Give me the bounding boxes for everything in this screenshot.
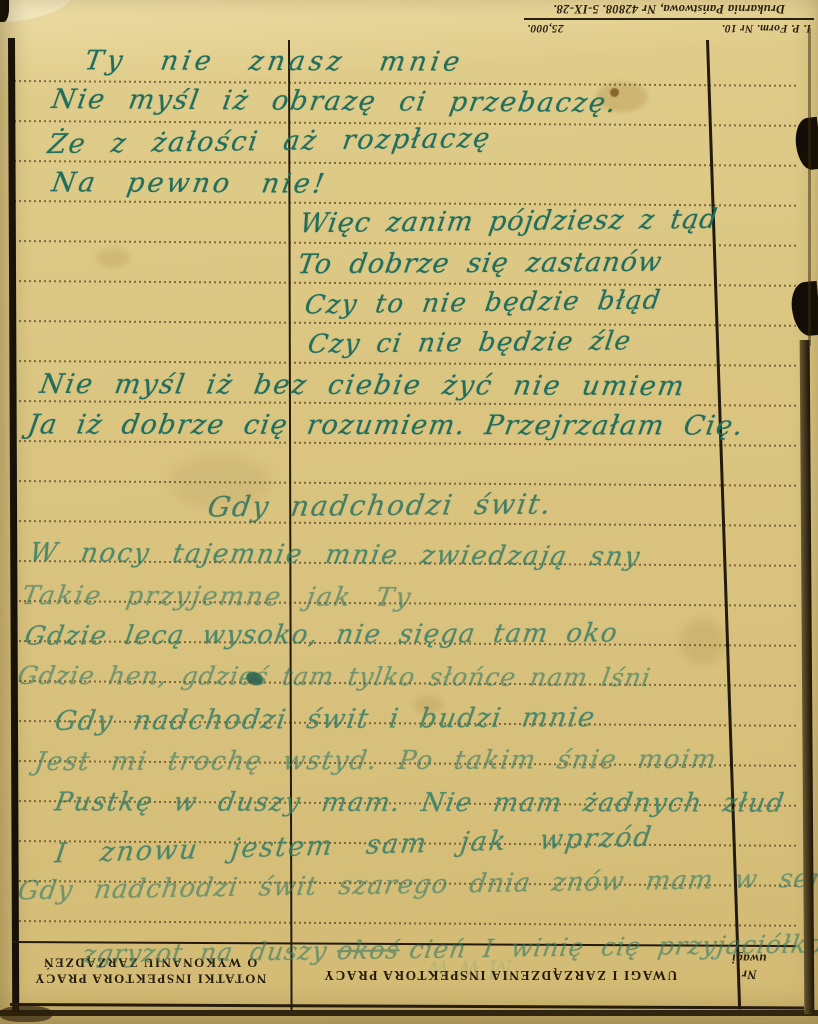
footer-bottom-border <box>10 1003 804 1009</box>
torn-edge-mark <box>793 117 818 172</box>
ruled-dotted-line <box>14 320 796 327</box>
handwriting-line: Że z żałości aż rozpłaczę <box>46 125 493 158</box>
form-number-row: I. P. Form. Nr 10. 25,000. <box>524 20 814 35</box>
struck-word: okoś <box>335 935 401 965</box>
last-line-after: cień I winię cię przyjaciółko <box>407 929 818 964</box>
handwriting-line: Jest mi trochę wstyd. Po takim śnie moim <box>33 747 719 775</box>
printed-form-imprint: I. P. Form. Nr 10. 25,000. Drukarnia Pań… <box>524 1 814 35</box>
scanned-notebook-page: I. P. Form. Nr 10. 25,000. Drukarnia Pań… <box>0 0 818 1024</box>
handwriting-line: Ty nie znasz mnie <box>83 47 466 75</box>
left-table-border <box>8 38 19 1012</box>
ruled-dotted-line <box>14 280 796 287</box>
handwriting-song-title: Gdy nadchodzi świt. <box>206 490 554 521</box>
bottom-left-smudge <box>0 1006 52 1022</box>
handwriting-line: Gdy nadchodzi świt i budzi mnie <box>53 704 598 735</box>
ruled-dotted-line <box>14 480 796 487</box>
handwriting-line: Gdy nadchodzi świt szarego dnia znów mam… <box>16 866 818 905</box>
ruled-dotted-line <box>14 160 796 167</box>
ruled-dotted-line <box>14 240 796 247</box>
handwriting-line: Nie myśl iż bez ciebie żyć nie umiem <box>38 371 688 400</box>
handwriting-line: Pustkę w duszy mam. Nie mam żadnych złud <box>53 789 787 816</box>
form-number-label: I. P. Form. Nr 10. <box>721 22 811 34</box>
last-line-before: zgryzot na duszy <box>81 936 330 968</box>
handwriting-line: Nie myśl iż obrazę ci przebaczę. <box>50 86 620 117</box>
handwriting-line-with-strikethrough: zgryzot na duszyokoścień I winię cię prz… <box>10 906 818 992</box>
paper-stain <box>680 620 726 664</box>
imprint-divider <box>524 18 814 20</box>
handwriting-line: Takie przyjemne jak Ty <box>20 583 414 611</box>
handwriting-line: To dobrze się zastanów <box>296 249 664 279</box>
handwriting-line: I znowu jestem sam jak wprzód <box>53 824 654 868</box>
handwriting-line: Na pewno nie! <box>50 169 329 197</box>
scanner-corner-sliver <box>0 0 74 27</box>
handwriting-line: Ja iż dobrze cię rozumiem. Przejrzałam C… <box>26 411 746 439</box>
ruled-dotted-line <box>14 360 796 367</box>
printer-imprint-label: Drukarnia Państwowa, Nr 42808. 5-IX-28. <box>524 1 814 18</box>
handwriting-line: W nocy tajemnie mnie zwiedzają sny <box>28 540 643 570</box>
paper-stain <box>96 248 130 268</box>
torn-edge-mark <box>790 281 818 337</box>
handwriting-line: Czy ci nie będzie źle <box>306 328 633 357</box>
handwriting-line: Gdzie lecą wysoko, nie sięga tam oko <box>23 620 620 649</box>
handwriting-line: Gdzie hen, gdzieś tam tylko słońce nam l… <box>16 663 653 690</box>
handwriting-line: Czy to nie będzie błąd <box>303 287 663 318</box>
print-run-label: 25,000. <box>527 22 564 34</box>
handwriting-line: Więc zanim pójdziesz z tąd <box>298 206 720 237</box>
page-bottom-edge <box>0 1010 818 1016</box>
right-edge-line <box>808 28 811 346</box>
